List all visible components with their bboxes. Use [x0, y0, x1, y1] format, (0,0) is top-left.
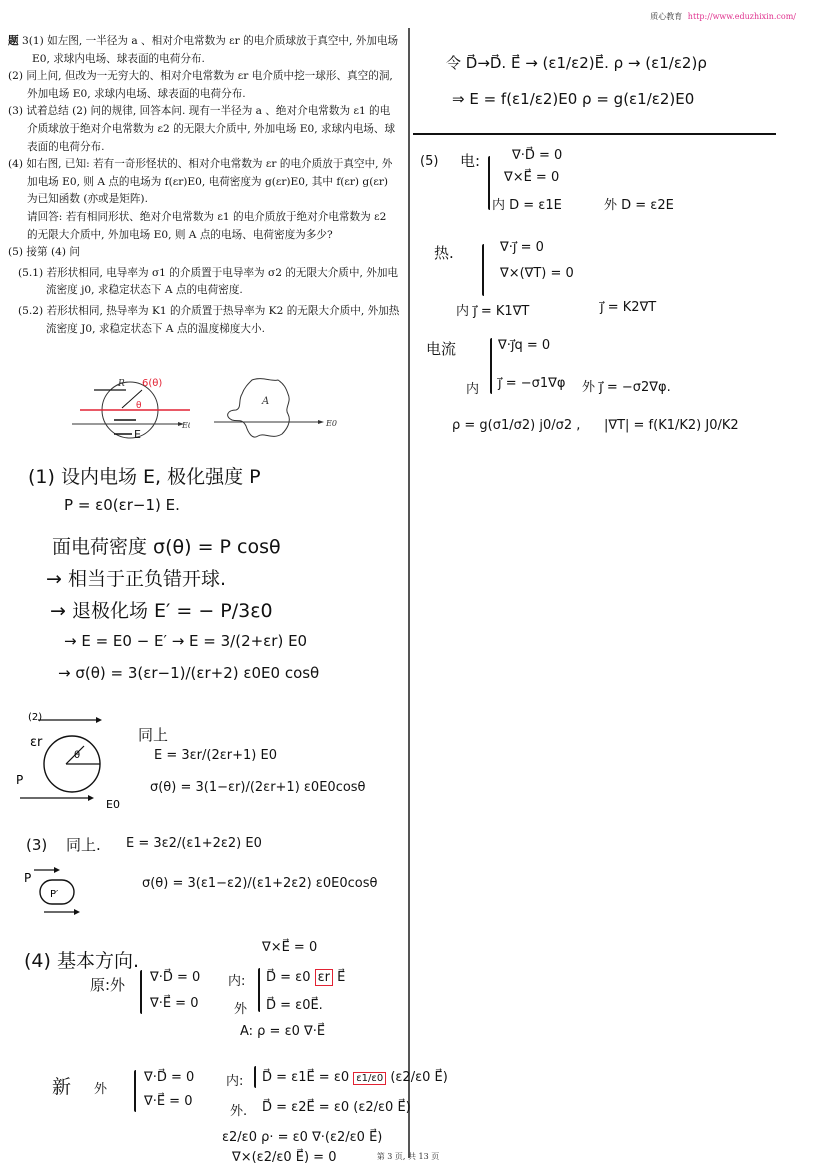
note-part4-orig-eq2: ∇·E⃗ = 0 [150, 996, 198, 1011]
note-part3-eq2: σ(θ) = 3(ε1−ε2)/(ε1+2ε2) ε0E0cosθ [142, 876, 377, 891]
svg-text:E: E [134, 428, 141, 441]
note-part4-new-eq1: ∇·D⃗ = 0 [144, 1070, 194, 1085]
note-part2-eq1: E = 3εr/(2εr+1) E0 [154, 748, 277, 763]
note-right-line2: ⇒ E = f(ε1/ε2)E0 ρ = g(ε1/ε2)E0 [452, 90, 694, 108]
problem-statement: 题 3(1) 如左图, 一半径为 a 、相对介电常数为 εr 的电介质球放于真空… [8, 33, 400, 338]
note-part4-orig-eq1: ∇·D⃗ = 0 [150, 970, 200, 985]
svg-text:(2): (2) [28, 712, 42, 723]
brand-name: 质心教育 [650, 12, 682, 21]
note-current-inner-label: 内 [466, 378, 479, 397]
note-elec-eq1: ∇·D⃗ = 0 [512, 148, 562, 163]
note-part4-outer-label: 外 [234, 998, 247, 1017]
svg-text:A: A [261, 396, 269, 407]
note-part1-line3: 面电荷密度 σ(θ) = P cosθ [52, 532, 281, 559]
note-current-eq1: ∇·j⃗q = 0 [498, 338, 550, 353]
brace [254, 1066, 256, 1088]
note-part1-line5: → 退极化场 E′ = − P/3ε0 [50, 596, 273, 623]
note-heat-outer: j⃗ = K2∇T [600, 300, 656, 315]
note-part4-new-inner-eq: D⃗ = ε1E⃗ = ε0 ε1/ε0 (ε2/ε0 E⃗) [262, 1070, 448, 1085]
note-result-rho: ρ = g(σ1/σ2) j0/σ2 , [452, 418, 580, 433]
note-right-line1: 令 D⃗→D⃗. E⃗ → (ε1/ε2)E⃗. ρ → (ε1/ε2)ρ [446, 52, 707, 73]
svg-text:θ: θ [136, 401, 142, 411]
note-part2-eq2: σ(θ) = 3(1−εr)/(2εr+1) ε0E0cosθ [150, 780, 366, 795]
note-part4-new: 新 [52, 1072, 71, 1099]
note-part4-new-outer-label: 外. [230, 1100, 247, 1119]
red-box-annotation: εr [315, 969, 333, 986]
note-part4-new-eq2: ∇·E⃗ = 0 [144, 1094, 192, 1109]
svg-text:εr: εr [30, 735, 43, 750]
brace [482, 244, 484, 296]
section-rule [413, 133, 776, 135]
problem-part-4: (4) 如右图, 已知: 若有一奇形怪状的、相对介电常数为 εr 的电介质放于真… [8, 156, 400, 209]
brace [490, 338, 492, 394]
svg-text:P: P [16, 773, 23, 787]
note-elec-outer: 外 D = ε2E [604, 194, 674, 213]
problem-part-3: (3) 试着总结 (2) 问的规律, 回答本问. 现有一半径为 a 、绝对介电常… [8, 103, 400, 156]
note-part5-label: (5) [420, 154, 438, 169]
note-part2-same: 同上 [138, 724, 168, 745]
page-header: 质心教育 http://www.eduzhixin.com/ [650, 11, 796, 22]
note-part1-line6: → E = E0 − E′ → E = 3/(2+εr) E0 [64, 632, 307, 650]
problem-part-1: 题 3(1) 如左图, 一半径为 a 、相对介电常数为 εr 的电介质球放于真空… [8, 33, 400, 68]
svg-text:E0: E0 [325, 419, 337, 428]
svg-text:P′: P′ [50, 889, 59, 900]
note-part4-title: (4) 基本方向. [24, 946, 139, 973]
note-part3-label: (3) 同上. [26, 834, 101, 855]
note-part4-inner-eq: D⃗ = ε0 εr E⃗ [266, 970, 345, 985]
note-heat-inner: 内 j⃗ = K1∇T [456, 300, 529, 319]
cavity-sketch: (2) εr P E0 θ [14, 712, 132, 810]
note-part4-outer-eq: D⃗ = ε0E⃗. [266, 998, 323, 1013]
sphere-figure: R 6(θ) θ E E0 [70, 374, 190, 442]
note-elec-inner: 内 D = ε1E [492, 194, 562, 213]
svg-text:θ: θ [74, 750, 80, 761]
problem-title: 题 [8, 35, 19, 47]
note-part4-curl: ∇×E⃗ = 0 [262, 940, 317, 955]
note-part3-eq1: E = 3ε2/(ε1+2ε2) E0 [126, 836, 262, 851]
brace [134, 1070, 136, 1112]
note-part4-new-outer-eq: D⃗ = ε2E⃗ = ε0 (ε2/ε0 E⃗) [262, 1100, 411, 1115]
note-part4-inner-label: 内: [228, 970, 245, 989]
note-current-outer: 外 j⃗ = −σ2∇φ. [582, 376, 671, 395]
note-part4-rho-eq: ε2/ε0 ρ· = ε0 ∇·(ε2/ε0 E⃗) [222, 1130, 382, 1145]
note-heat-eq1: ∇·j⃗ = 0 [500, 240, 544, 255]
brace [488, 156, 490, 210]
irregular-shape-figure: A E0 [212, 374, 342, 442]
note-part1-line1: (1) 设内电场 E, 极化强度 P [28, 462, 261, 489]
note-part1-line4: → 相当于正负错开球. [46, 564, 226, 591]
column-divider [408, 28, 410, 1158]
brand-url-link[interactable]: http://www.eduzhixin.com/ [688, 12, 796, 21]
problem-part-5-1: (5.1) 若形状相同, 电导率为 σ1 的介质置于电导率为 σ2 的无限大介质… [8, 265, 400, 300]
svg-text:6(θ): 6(θ) [142, 378, 162, 389]
note-part4-new-inner-label: 内: [226, 1070, 243, 1089]
page-number: 第 3 页, 共 13 页 [377, 1152, 440, 1161]
problem-part-4-question: 请回答: 若有相同形状、绝对介电常数为 ε1 的电介质放于绝对介电常数为 ε2 … [8, 209, 400, 244]
red-box-annotation: ε1/ε0 [353, 1072, 386, 1085]
page-footer: 第 3 页, 共 13 页 [0, 1151, 816, 1162]
part3-sketch: P P′ [24, 866, 84, 918]
note-heat-eq2: ∇×(∇T) = 0 [500, 266, 574, 281]
svg-text:E0: E0 [106, 798, 120, 810]
brace [258, 968, 260, 1012]
note-elec-eq2: ∇×E⃗ = 0 [504, 170, 559, 185]
note-current-label: 电流 [426, 338, 456, 359]
svg-text:P: P [24, 871, 31, 885]
problem-part-5-2: (5.2) 若形状相同, 热导率为 K1 的介质置于热导率为 K2 的无限大介质… [8, 303, 400, 338]
note-heat-label: 热. [434, 242, 454, 263]
svg-text:R: R [117, 379, 125, 389]
note-part1-line2: P = ε0(εr−1) E. [64, 496, 180, 514]
note-part4-a-eq: A: ρ = ε0 ∇·E⃗ [240, 1024, 325, 1039]
problem-part-2: (2) 同上问, 但改为一无穷大的、相对介电常数为 εr 电介质中挖一球形、真空… [8, 68, 400, 103]
note-part1-line7: → σ(θ) = 3(εr−1)/(εr+2) ε0E0 cosθ [58, 664, 319, 682]
note-elec-label: 电: [460, 150, 480, 171]
note-part4-orig: 原:外 [90, 974, 125, 995]
note-part4-new-outer: 外 [94, 1078, 107, 1097]
problem-part-5: (5) 接第 (4) 问 [8, 244, 400, 262]
brace [140, 970, 142, 1014]
svg-text:E0: E0 [181, 421, 190, 430]
note-current-inner: j⃗ = −σ1∇φ [498, 376, 565, 391]
note-result-gradT: |∇T| = f(K1/K2) J0/K2 [604, 418, 739, 433]
